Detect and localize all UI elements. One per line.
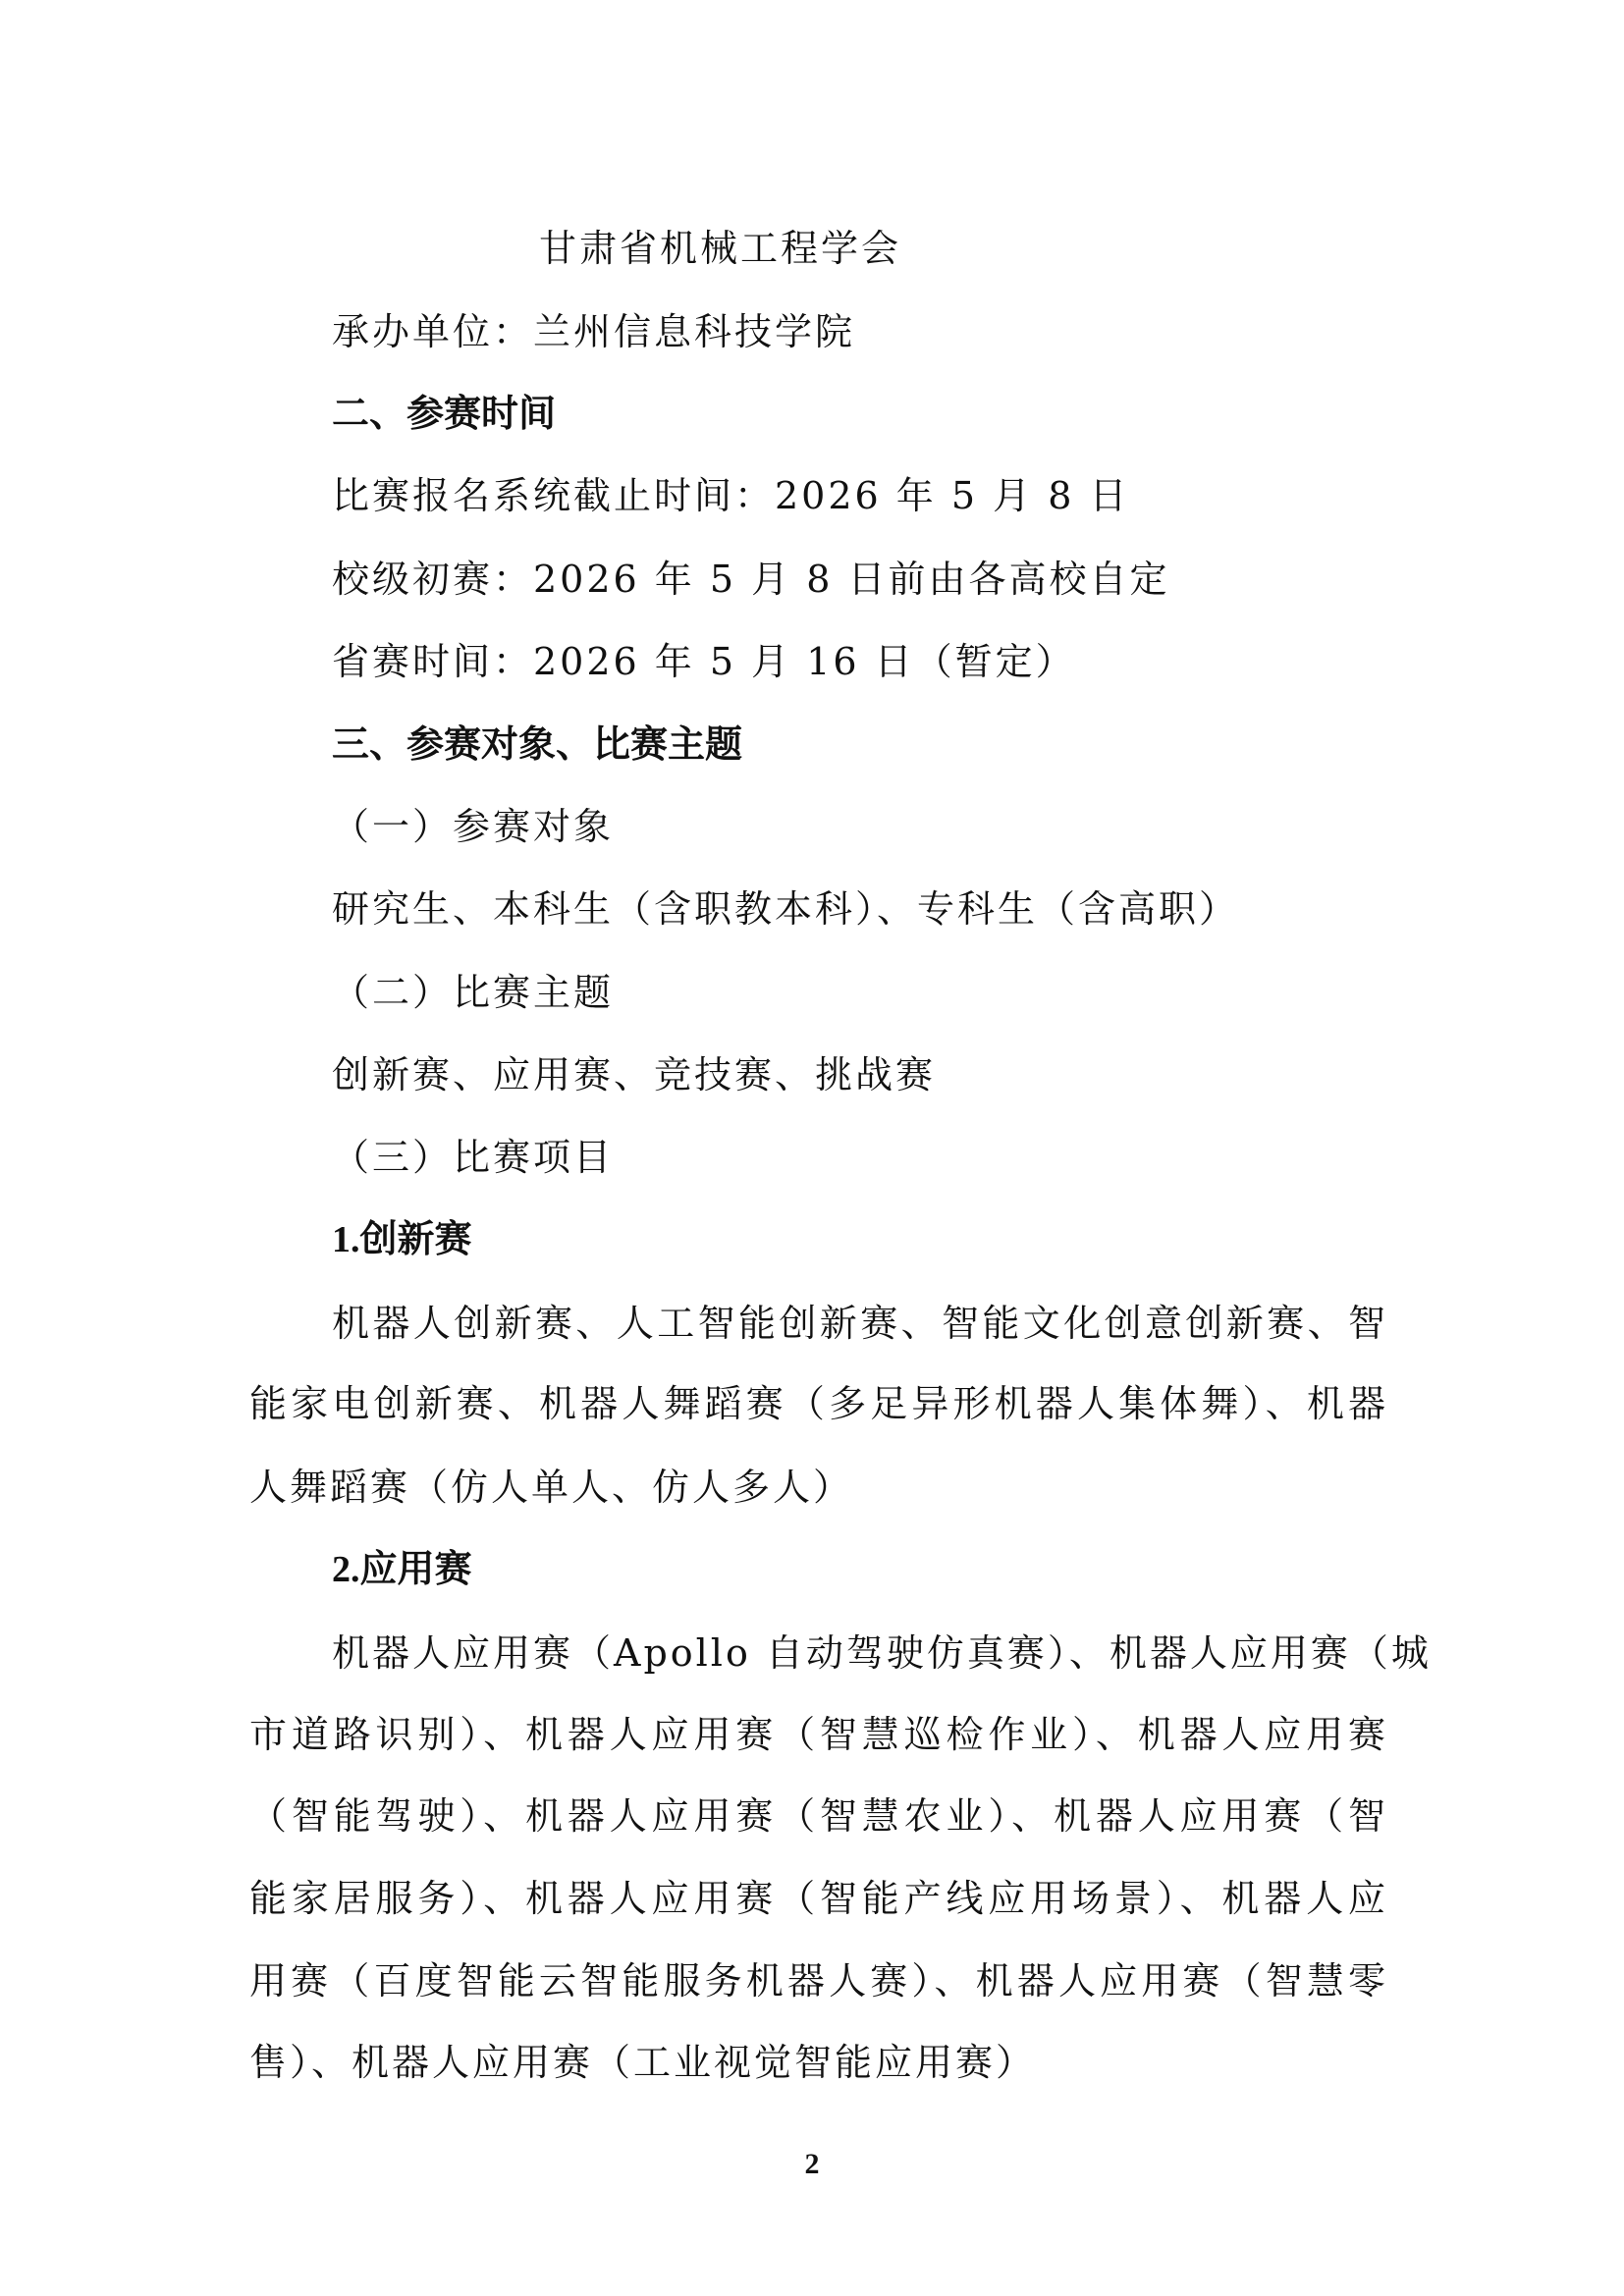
innovation-line-3: 人舞蹈赛（仿人单人、仿人多人） — [249, 1466, 853, 1509]
section-3-heading: 三、参赛对象、比赛主题 — [332, 722, 742, 766]
provincial-date: 省赛时间：2026 年 5 月 16 日（暂定） — [332, 640, 1076, 683]
application-line-1: 机器人应用赛（Apollo 自动驾驶仿真赛）、机器人应用赛（城 — [332, 1631, 1388, 1675]
application-line-4: 能家居服务）、机器人应用赛（智能产线应用场景）、机器人应 — [249, 1877, 1388, 1920]
theme-heading: （二）比赛主题 — [332, 971, 614, 1014]
page-number: 2 — [0, 2148, 1624, 2181]
organizer-line: 甘肃省机械工程学会 — [539, 227, 901, 270]
theme-text: 创新赛、应用赛、竞技赛、挑战赛 — [332, 1053, 936, 1096]
application-heading: 2.应用赛 — [332, 1548, 472, 1591]
application-line-2: 市道路识别）、机器人应用赛（智慧巡检作业）、机器人应用赛 — [249, 1713, 1388, 1756]
document-page: 甘肃省机械工程学会 承办单位：兰州信息科技学院 二、参赛时间 比赛报名系统截止时… — [0, 0, 1624, 2296]
participants-heading: （一）参赛对象 — [332, 805, 614, 848]
innovation-line-2: 能家电创新赛、机器人舞蹈赛（多足异形机器人集体舞）、机器 — [249, 1382, 1388, 1425]
participants-text: 研究生、本科生（含职教本科）、专科生（含高职） — [332, 887, 1239, 931]
application-line-3: （智能驾驶）、机器人应用赛（智慧农业）、机器人应用赛（智 — [249, 1794, 1388, 1838]
host-line: 承办单位：兰州信息科技学院 — [332, 310, 855, 353]
innovation-heading: 1.创新赛 — [332, 1218, 472, 1261]
school-preliminary: 校级初赛：2026 年 5 月 8 日前由各高校自定 — [332, 558, 1169, 601]
section-2-heading: 二、参赛时间 — [332, 392, 556, 435]
application-line-5: 用赛（百度智能云智能服务机器人赛）、机器人应用赛（智慧零 — [249, 1959, 1388, 2002]
innovation-line-1: 机器人创新赛、人工智能创新赛、智能文化创意创新赛、智 — [332, 1302, 1388, 1345]
registration-deadline: 比赛报名系统截止时间：2026 年 5 月 8 日 — [332, 474, 1129, 517]
application-line-6: 售）、机器人应用赛（工业视觉智能应用赛） — [249, 2041, 1036, 2084]
events-heading: （三）比赛项目 — [332, 1136, 614, 1179]
